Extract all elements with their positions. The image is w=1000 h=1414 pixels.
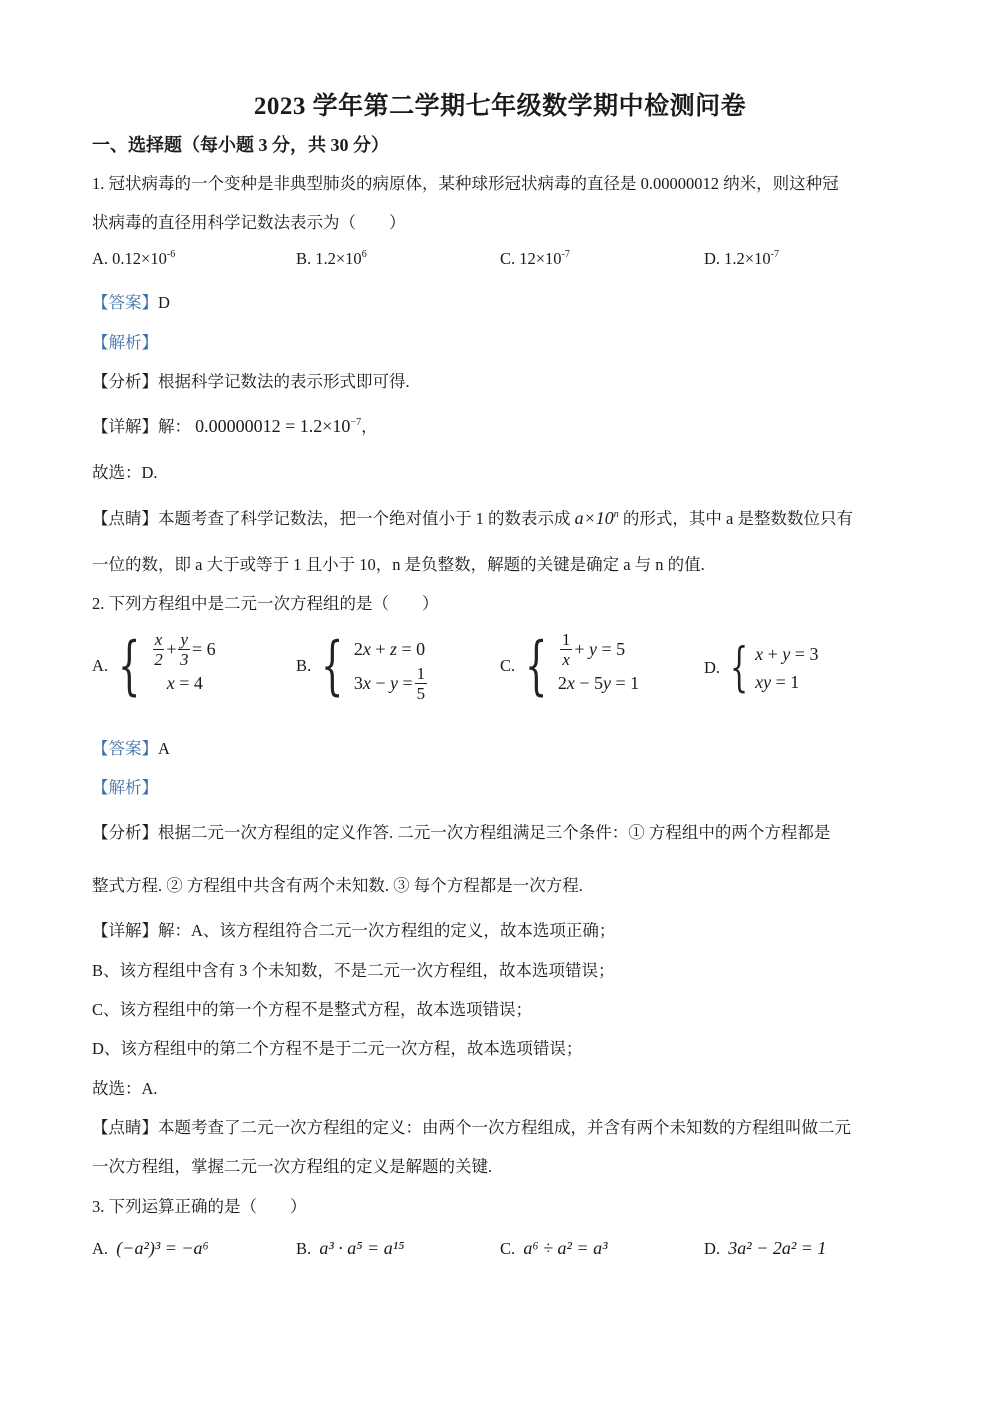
q1-guxuan: 故选：D.: [92, 459, 158, 483]
q1-dianjing-line2: 一位的数，即 a 大于或等于 1 且小于 10，n 是负整数，解题的关键是确定 …: [92, 551, 705, 575]
q2-option-d: D. { x + y = 3 xy = 1: [704, 640, 818, 696]
q1-stem-line2: 状病毒的直径用科学记数法表示为（ ）: [92, 209, 406, 233]
q2-option-c: C. { 1x+ y = 5 2x − 5y = 1: [500, 632, 639, 700]
q3-option-b: B. a³ · a⁵ = a¹⁵: [296, 1238, 404, 1259]
q3-option-a: A. (−a²)³ = −a⁶: [92, 1238, 209, 1259]
q1-option-b: B. 1.2×106: [296, 249, 367, 269]
page-title: 2023 学年第二学期七年级数学期中检测问卷: [0, 86, 1000, 122]
q1-stem-line1: 1. 冠状病毒的一个变种是非典型肺炎的病原体，某种球形冠状病毒的直径是 0.00…: [92, 170, 839, 194]
q1-jiexi-label: 【解析】: [92, 329, 158, 353]
q1-option-d: D. 1.2×10-7: [704, 249, 779, 269]
q2-jiexi-label: 【解析】: [92, 774, 158, 798]
q2-option-a: A. { x2+y3= 6 x = 4: [92, 632, 216, 700]
q1-option-c: C. 12×10-7: [500, 249, 570, 269]
q1-answer: 【答案】D: [92, 289, 170, 313]
answer-label: 【答案】: [92, 739, 158, 758]
q3-option-d: D. 3a² − 2a² = 1: [704, 1238, 826, 1259]
q2-fenxi-line2: 整式方程. ② 方程组中共含有两个未知数. ③ 每个方程都是一次方程.: [92, 872, 583, 896]
q3-option-c: C. a⁶ ÷ a² = a³: [500, 1238, 607, 1259]
q2-answer: 【答案】A: [92, 735, 170, 759]
q1-fenxi: 【分析】根据科学记数法的表示形式即可得.: [92, 368, 410, 392]
q2-dianjing-line2: 一次方程组，掌握二元一次方程组的定义是解题的关键.: [92, 1153, 492, 1177]
answer-label: 【答案】: [92, 293, 158, 312]
q1-dianjing-line1: 【点睛】本题考查了科学记数法，把一个绝对值小于 1 的数表示成 a×10n 的形…: [92, 505, 853, 529]
q1-xiangjie: 【详解】解： 0.00000012 = 1.2×10−7，: [92, 413, 378, 437]
q2-xiangjie-line1: 【详解】解：A、该方程组符合二元一次方程组的定义，故本选项正确；: [92, 917, 615, 941]
q2-option-b: B. { 2x + z = 0 3x − y =15: [296, 632, 429, 700]
brace-icon: {: [321, 634, 343, 698]
q2-xiangjie-line2: B、该方程组中含有 3 个未知数，不是二元一次方程组，故本选项错误；: [92, 957, 615, 981]
q1-option-a: A. 0.12×10-6: [92, 249, 175, 269]
brace-icon: {: [118, 634, 140, 698]
section-heading: 一、选择题（每小题 3 分，共 30 分）: [92, 131, 389, 157]
q2-xiangjie-line4: D、该方程组中的第二个方程不是于二元一次方程，故本选项错误；: [92, 1035, 582, 1059]
q2-fenxi-line1: 【分析】根据二元一次方程组的定义作答. 二元一次方程组满足三个条件：① 方程组中…: [92, 819, 830, 843]
q3-stem: 3. 下列运算正确的是（ ）: [92, 1193, 307, 1217]
brace-icon: {: [525, 634, 547, 698]
q2-guxuan: 故选：A.: [92, 1075, 158, 1099]
q2-xiangjie-line3: C、该方程组中的第一个方程不是整式方程，故本选项错误；: [92, 996, 532, 1020]
q2-stem: 2. 下列方程组中是二元一次方程组的是（ ）: [92, 590, 439, 614]
q2-dianjing-line1: 【点睛】本题考查了二元一次方程组的定义：由两个一次方程组成，并含有两个未知数的方…: [92, 1114, 851, 1138]
brace-icon: {: [730, 642, 748, 694]
